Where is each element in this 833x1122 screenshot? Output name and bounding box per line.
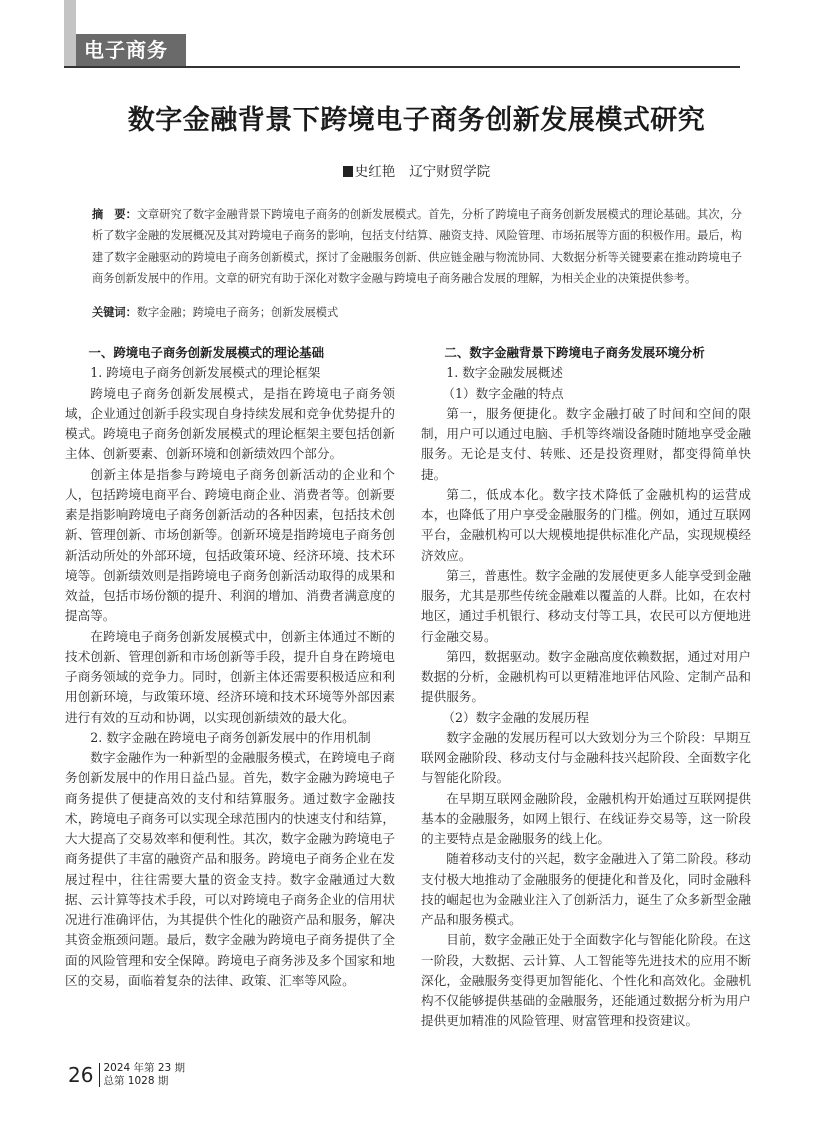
left-column: 一、跨境电子商务创新发展模式的理论基础 1. 跨境电子商务创新发展模式的理论框架…	[65, 343, 395, 991]
byline: 史红艳辽宁财贸学院	[64, 160, 769, 180]
abstract: 摘 要：文章研究了数字金融背景下跨境电子商务的创新发展模式。首先，分析了跨境电子…	[92, 204, 742, 289]
header-side-bar	[64, 0, 76, 66]
paragraph: 数字金融作为一种新型的金融服务模式，在跨境电子商务创新发展中的作用日益凸显。首先…	[65, 748, 395, 991]
paragraph: 第一，服务便捷化。数字金融打破了时间和空间的限制，用户可以通过电脑、手机等终端设…	[421, 404, 751, 485]
footer-divider	[99, 1063, 100, 1087]
subsection-heading: 2. 数字金融在跨境电子商务创新发展中的作用机制	[65, 728, 395, 748]
keywords-text: 数字金融；跨境电子商务；创新发展模式	[137, 306, 338, 319]
paragraph: 目前，数字金融正处于全面数字化与智能化阶段。在这一阶段，大数据、云计算、人工智能…	[421, 930, 751, 1031]
abstract-text: 文章研究了数字金融背景下跨境电子商务的创新发展模式。首先，分析了跨境电子商务创新…	[92, 208, 742, 285]
issue-line: 2024 年第 23 期	[103, 1062, 185, 1074]
paragraph: 数字金融的发展历程可以大致划分为三个阶段：早期互联网金融阶段、移动支付与金融科技…	[421, 728, 751, 789]
paragraph: 随着移动支付的兴起，数字金融进入了第二阶段。移动支付极大地推动了金融服务的便捷化…	[421, 849, 751, 930]
section-tag: 电子商务	[76, 34, 186, 66]
issue-info: 2024 年第 23 期 总第 1028 期	[103, 1062, 185, 1088]
paragraph: 创新主体是指参与跨境电子商务创新活动的企业和个人，包括跨境电商平台、跨境电商企业…	[65, 465, 395, 627]
paragraph: 第二，低成本化。数字技术降低了金融机构的运营成本，也降低了用户享受金融服务的门槛…	[421, 485, 751, 566]
keywords-label: 关键词：	[92, 306, 137, 319]
paragraph: 在早期互联网金融阶段，金融机构开始通过互联网提供基本的金融服务，如网上银行、在线…	[421, 789, 751, 850]
paragraph: 在跨境电子商务创新发展模式中，创新主体通过不断的技术创新、管理创新和市场创新等手…	[65, 627, 395, 728]
paragraph: 跨境电子商务创新发展模式，是指在跨境电子商务领域，企业通过创新手段实现自身持续发…	[65, 384, 395, 465]
page-number: 26	[68, 1063, 93, 1087]
author-name: 史红艳	[355, 164, 396, 180]
subsection-heading: 1. 跨境电子商务创新发展模式的理论框架	[65, 363, 395, 383]
section-heading: 一、跨境电子商务创新发展模式的理论基础	[65, 343, 395, 363]
header-rule	[64, 66, 740, 68]
article-title: 数字金融背景下跨境电子商务创新发展模式研究	[64, 98, 769, 137]
paragraph: 第四，数据驱动。数字金融高度依赖数据，通过对用户数据的分析，金融机构可以更精准地…	[421, 647, 751, 708]
author-affiliation: 辽宁财贸学院	[409, 164, 490, 180]
sub-subsection-heading: （2）数字金融的发展历程	[421, 708, 751, 728]
total-issue-line: 总第 1028 期	[103, 1075, 168, 1087]
page-footer: 26 2024 年第 23 期 总第 1028 期	[68, 1058, 185, 1092]
paragraph: 第三，普惠性。数字金融的发展使更多人能享受到金融服务，尤其是那些传统金融难以覆盖…	[421, 566, 751, 647]
section-heading: 二、数字金融背景下跨境电子商务发展环境分析	[421, 343, 751, 363]
abstract-label: 摘 要：	[92, 208, 137, 221]
right-column: 二、数字金融背景下跨境电子商务发展环境分析 1. 数字金融发展概述 （1）数字金…	[421, 343, 751, 1032]
subsection-heading: 1. 数字金融发展概述	[421, 363, 751, 383]
keywords: 关键词：数字金融；跨境电子商务；创新发展模式	[92, 303, 742, 323]
sub-subsection-heading: （1）数字金融的特点	[421, 384, 751, 404]
square-bullet-icon	[343, 166, 353, 177]
